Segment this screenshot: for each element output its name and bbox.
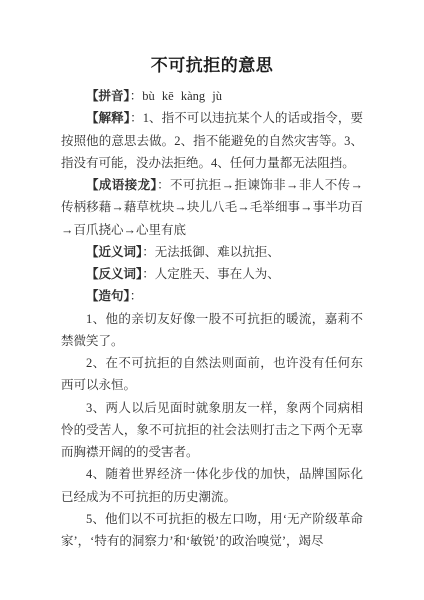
entry-synonyms: 【近义词】：无法抵御、难以抗拒、 [61,241,363,263]
example-sentence-5: 5、他们以不可抗拒的极左口吻，用‘无产阶级革命家’，‘特有的洞察力’和‘敏锐’的… [61,508,363,553]
idiom-chain-label: 【成语接龙】 [86,178,157,192]
synonyms-value: ：无法抵御、难以抗拒、 [142,245,280,259]
entry-antonyms: 【反义词】：人定胜天、事在人为、 [61,263,363,285]
pinyin-label: 【拼音】 [86,89,130,103]
example-heading-value: ： [130,289,143,303]
definition-label: 【解释】 [86,111,130,125]
document-body: 【拼音】：bù kē kàng jù 【解释】：1、指不可以违抗某个人的话或指令… [61,85,363,552]
example-sentence-2: 2、在不可抗拒的自然法则面前，也许没有任何东西可以永恒。 [61,352,363,397]
entry-pinyin: 【拼音】：bù kē kàng jù [61,85,363,107]
entry-definition: 【解释】：1、指不可以违抗某个人的话或指令，要按照他的意思去做。2、指不能避免的… [61,107,363,174]
synonyms-label: 【近义词】 [86,245,142,259]
page-title: 不可抗拒的意思 [0,0,424,71]
antonyms-value: ：人定胜天、事在人为、 [142,267,280,281]
entry-idiom-chain: 【成语接龙】：不可抗拒→拒谏饰非→非人不传→传柄移藉→藉草枕块→块儿八毛→毛举细… [61,174,363,241]
example-sentence-1: 1、他的亲切友好像一股不可抗拒的暖流，嘉莉不禁微笑了。 [61,308,363,353]
antonyms-label: 【反义词】 [86,267,142,281]
pinyin-value: ：bù kē kàng jù [130,89,222,103]
document-page: 不可抗拒的意思 【拼音】：bù kē kàng jù 【解释】：1、指不可以违抗… [0,0,424,600]
example-sentence-4: 4、随着世界经济一体化步伐的加快，品牌国际化已经成为不可抗拒的历史潮流。 [61,463,363,508]
example-sentence-3: 3、两人以后见面时就象朋友一样，象两个同病相怜的受苦人，象不可抗拒的社会法则打击… [61,397,363,464]
example-heading-label: 【造句】 [86,289,130,303]
entry-example-heading: 【造句】： [61,285,363,307]
